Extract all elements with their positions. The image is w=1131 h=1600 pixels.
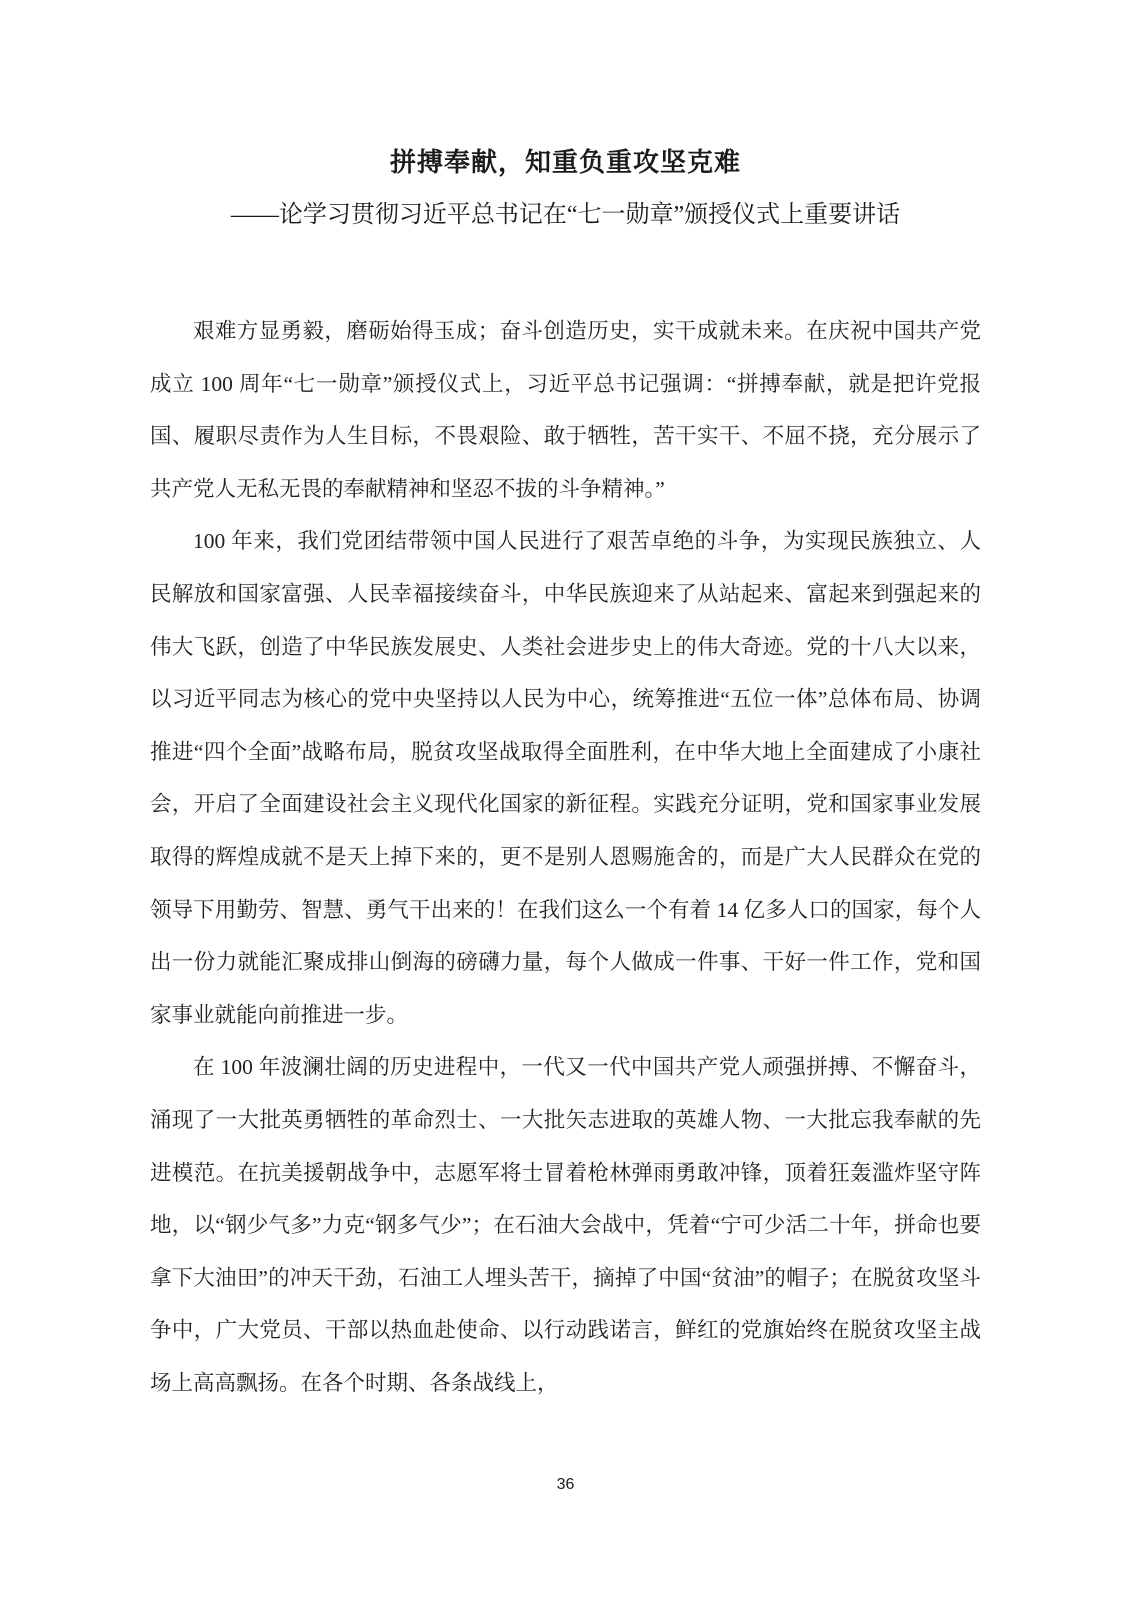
document-content: 拼搏奉献，知重负重攻坚克难 ——论学习贯彻习近平总书记在“七一勋章”颁授仪式上重… [150, 142, 981, 1409]
body-paragraph: 在 100 年波澜壮阔的历史进程中，一代又一代中国共产党人顽强拼搏、不懈奋斗，涌… [150, 1041, 981, 1409]
document-page: 拼搏奉献，知重负重攻坚克难 ——论学习贯彻习近平总书记在“七一勋章”颁授仪式上重… [0, 0, 1131, 1600]
page-number: 36 [0, 1474, 1131, 1496]
body-paragraph: 100 年来，我们党团结带领中国人民进行了艰苦卓绝的斗争，为实现民族独立、人民解… [150, 515, 981, 1041]
document-subtitle: ——论学习贯彻习近平总书记在“七一勋章”颁授仪式上重要讲话 [150, 195, 981, 235]
document-title: 拼搏奉献，知重负重攻坚克难 [150, 142, 981, 182]
document-body: 艰难方显勇毅，磨砺始得玉成；奋斗创造历史，实干成就未来。在庆祝中国共产党成立 1… [150, 305, 981, 1409]
body-paragraph: 艰难方显勇毅，磨砺始得玉成；奋斗创造历史，实干成就未来。在庆祝中国共产党成立 1… [150, 305, 981, 515]
